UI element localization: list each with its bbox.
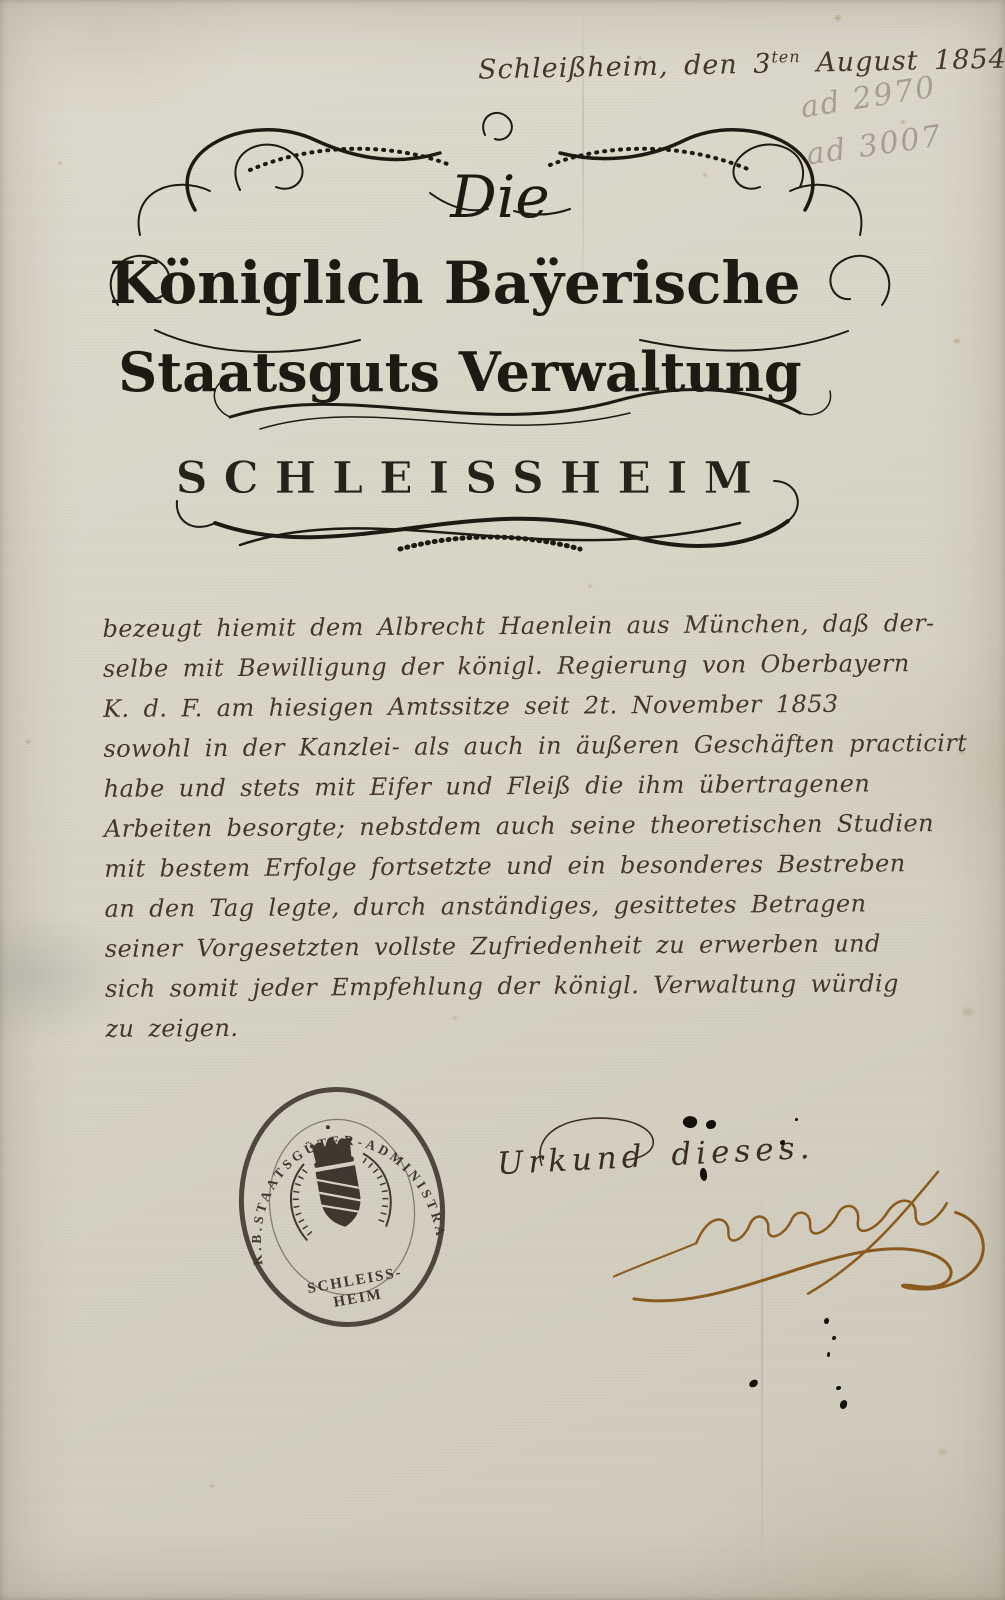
handwriting-line: mit bestem Erfolge fortsetzte und ein be… xyxy=(104,843,934,889)
letterhead: Die Königlich Baÿerische Staatsguts Verw… xyxy=(100,95,900,565)
handwriting-line: selbe mit Bewilligung der königl. Regier… xyxy=(103,643,933,689)
ink-blot xyxy=(706,1120,716,1129)
handwriting-line: sich somit jeder Empfehlung der königl. … xyxy=(105,963,935,1009)
handwriting-line: habe und stets mit Eifer und Fleiß die i… xyxy=(104,763,934,809)
official-stamp: K.B.STAATSGÜTER-ADMINISTRATION SCHLEISS-… xyxy=(200,1053,483,1361)
handwriting-line: Arbeiten besorgte; nebstdem auch seine t… xyxy=(104,803,934,849)
ink-blot xyxy=(839,1400,847,1410)
signature-flourish xyxy=(595,1145,1005,1349)
handwriting-line: sowohl in der Kanzlei- als auch in äußer… xyxy=(103,723,933,769)
ink-blot xyxy=(836,1386,841,1390)
ink-blot xyxy=(827,1352,830,1357)
handwriting-line: seiner Vorgesetzten vollste Zufriedenhei… xyxy=(105,923,935,969)
dateline-ordinal: ten xyxy=(771,47,801,67)
letterhead-line3: SCHLEISSHEIM xyxy=(176,453,768,504)
ink-blot xyxy=(832,1336,836,1340)
letterhead-line1: Königlich Baÿerische xyxy=(109,249,800,317)
document-page: Schleißheim, den 3ten August 1854. ad 29… xyxy=(0,0,1005,1600)
dateline-prefix: Schleißheim, den 3 xyxy=(478,48,772,85)
letterhead-article: Die xyxy=(449,163,549,231)
ink-blot xyxy=(748,1379,759,1389)
letterhead-line2: Staatsguts Verwaltung xyxy=(118,340,801,404)
body-paragraph: bezeugt hiemit dem Albrecht Haenlein aus… xyxy=(102,603,935,1049)
ink-blot xyxy=(795,1118,798,1121)
handwriting-line: K. d. F. am hiesigen Amtssitze seit 2t. … xyxy=(103,683,933,729)
handwriting-line: bezeugt hiemit dem Albrecht Haenlein aus… xyxy=(102,603,932,649)
handwriting-line: an den Tag legte, durch anständiges, ges… xyxy=(104,883,934,929)
stamp-shield-icon xyxy=(316,1165,366,1230)
handwriting-line: zu zeigen. xyxy=(105,1003,935,1049)
